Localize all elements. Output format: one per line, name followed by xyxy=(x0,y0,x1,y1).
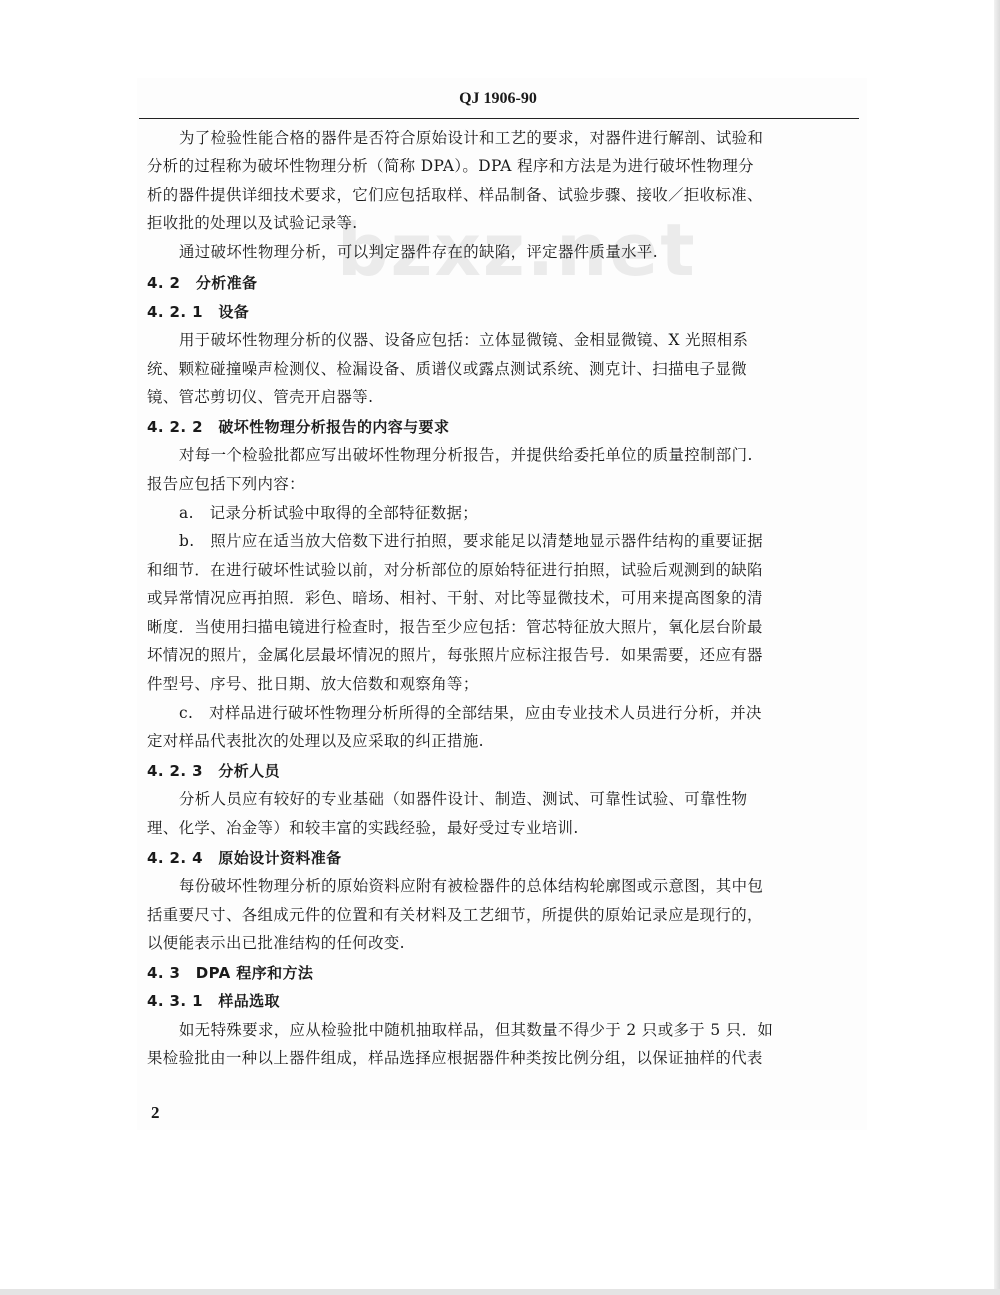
paragraph-line: 镜、管芯剪切仪、管壳开启器等. xyxy=(147,387,373,407)
paragraph-line: 拒收批的处理以及试验记录等. xyxy=(147,213,358,233)
paragraph-line: 析的器件提供详细技术要求，它们应包括取样、样品制备、试验步骤、接收／拒收标准、 xyxy=(147,185,763,205)
paragraph-line: 件型号、序号、批日期、放大倍数和观察角等； xyxy=(147,674,479,694)
paragraph-line: 括重要尺寸、各组成元件的位置和有关材料及工艺细节，所提供的原始记录应是现行的， xyxy=(147,905,763,925)
section-heading: 4. 2 分析准备 xyxy=(147,273,257,293)
paragraph-line: 每份破坏性物理分析的原始资料应附有被检器件的总体结构轮廓图或示意图，其中包 xyxy=(179,876,763,896)
paragraph-line: 以便能表示出已批准结构的任何改变. xyxy=(147,933,405,953)
paragraph-line: 报告应包括下列内容： xyxy=(147,474,305,494)
paragraph-line: 或异常情况应再拍照．彩色、暗场、相衬、干射、对比等显微技术，可用来提高图象的清 xyxy=(147,588,763,608)
paragraph-line: 用于破坏性物理分析的仪器、设备应包括：立体显微镜、金相显微镜、X 光照相系 xyxy=(179,330,748,350)
paragraph-line: 果检验批由一种以上器件组成，样品选择应根据器件种类按比例分组，以保证抽样的代表 xyxy=(147,1048,763,1068)
list-item-line: c. 对样品进行破坏性物理分析所得的全部结果，应由专业技术人员进行分析，并决 xyxy=(179,703,762,723)
section-heading: 4. 3 DPA 程序和方法 xyxy=(147,963,313,983)
page-number: 2 xyxy=(151,1103,160,1123)
section-heading: 4. 3. 1 样品选取 xyxy=(147,991,280,1011)
section-heading: 4. 2. 2 破坏性物理分析报告的内容与要求 xyxy=(147,417,449,437)
section-heading: 4. 2. 4 原始设计资料准备 xyxy=(147,848,342,868)
paragraph-line: 和细节．在进行破坏性试验以前，对分析部位的原始特征进行拍照，试验后观测到的缺陷 xyxy=(147,560,763,580)
paragraph-line: 理、化学、冶金等）和较丰富的实践经验，最好受过专业培训. xyxy=(147,818,579,838)
viewer-right-edge xyxy=(994,0,1000,1295)
document-page: bzxz.net QJ 1906-90 为了检验性能合格的器件是否符合原始设计和… xyxy=(137,78,867,1130)
paragraph-line: 为了检验性能合格的器件是否符合原始设计和工艺的要求，对器件进行解剖、试验和 xyxy=(179,128,763,148)
header-rule xyxy=(139,118,859,119)
paragraph-line: 通过破坏性物理分析，可以判定器件存在的缺陷，评定器件质量水平. xyxy=(179,242,658,262)
paragraph-line: 分析的过程称为破坏性物理分析（简称 DPA）。DPA 程序和方法是为进行破坏性物… xyxy=(147,156,754,176)
paragraph-line: 定对样品代表批次的处理以及应采取的纠正措施. xyxy=(147,731,484,751)
paragraph-line: 统、颗粒碰撞噪声检测仪、检漏设备、质谱仪或露点测试系统、测克计、扫描电子显微 xyxy=(147,359,747,379)
paragraph-line: 对每一个检验批都应写出破坏性物理分析报告，并提供给委托单位的质量控制部门. xyxy=(179,445,753,465)
paragraph-line: 分析人员应有较好的专业基础（如器件设计、制造、测试、可靠性试验、可靠性物 xyxy=(179,789,747,809)
section-heading: 4. 2. 3 分析人员 xyxy=(147,761,280,781)
section-heading: 4. 2. 1 设备 xyxy=(147,302,249,322)
list-item-line: b. 照片应在适当放大倍数下进行拍照，要求能足以清楚地显示器件结构的重要证据 xyxy=(179,531,763,551)
paragraph-line: 坏情况的照片，金属化层最坏情况的照片，每张照片应标注报告号．如果需要，还应有器 xyxy=(147,645,763,665)
list-item-line: a. 记录分析试验中取得的全部特征数据； xyxy=(179,503,478,523)
paragraph-line: 如无特殊要求，应从检验批中随机抽取样品，但其数量不得少于 2 只或多于 5 只．… xyxy=(179,1020,773,1040)
document-code-header: QJ 1906-90 xyxy=(137,90,859,108)
viewer-bottom-edge xyxy=(0,1289,1000,1295)
paragraph-line: 晰度．当使用扫描电镜进行检查时，报告至少应包括：管芯特征放大照片，氧化层台阶最 xyxy=(147,617,763,637)
